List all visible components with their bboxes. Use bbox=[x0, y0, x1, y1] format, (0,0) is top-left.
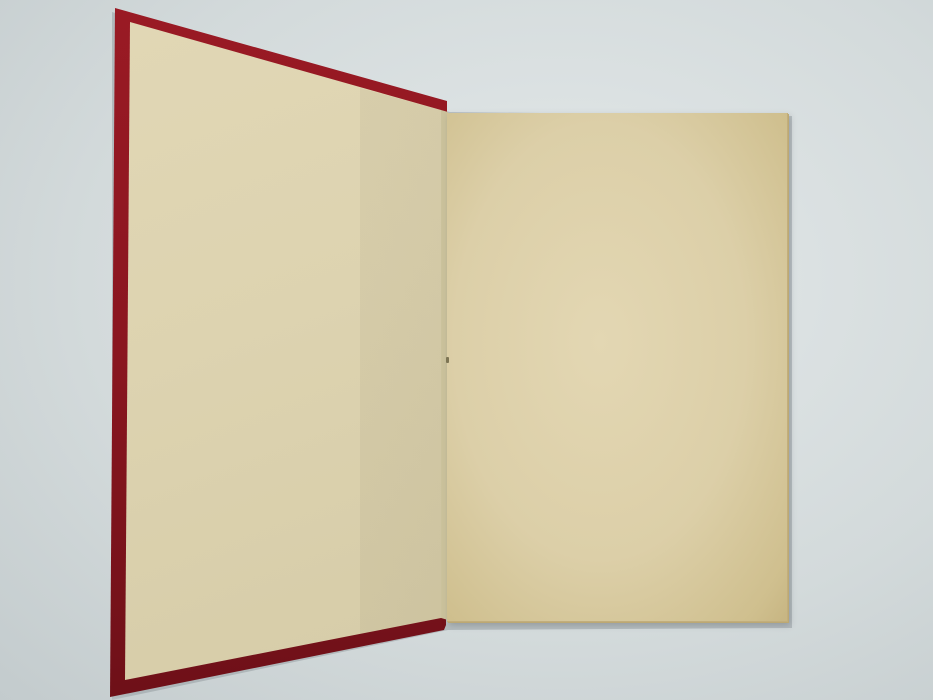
spine-mark bbox=[446, 357, 449, 363]
right-blank-page bbox=[447, 113, 788, 622]
